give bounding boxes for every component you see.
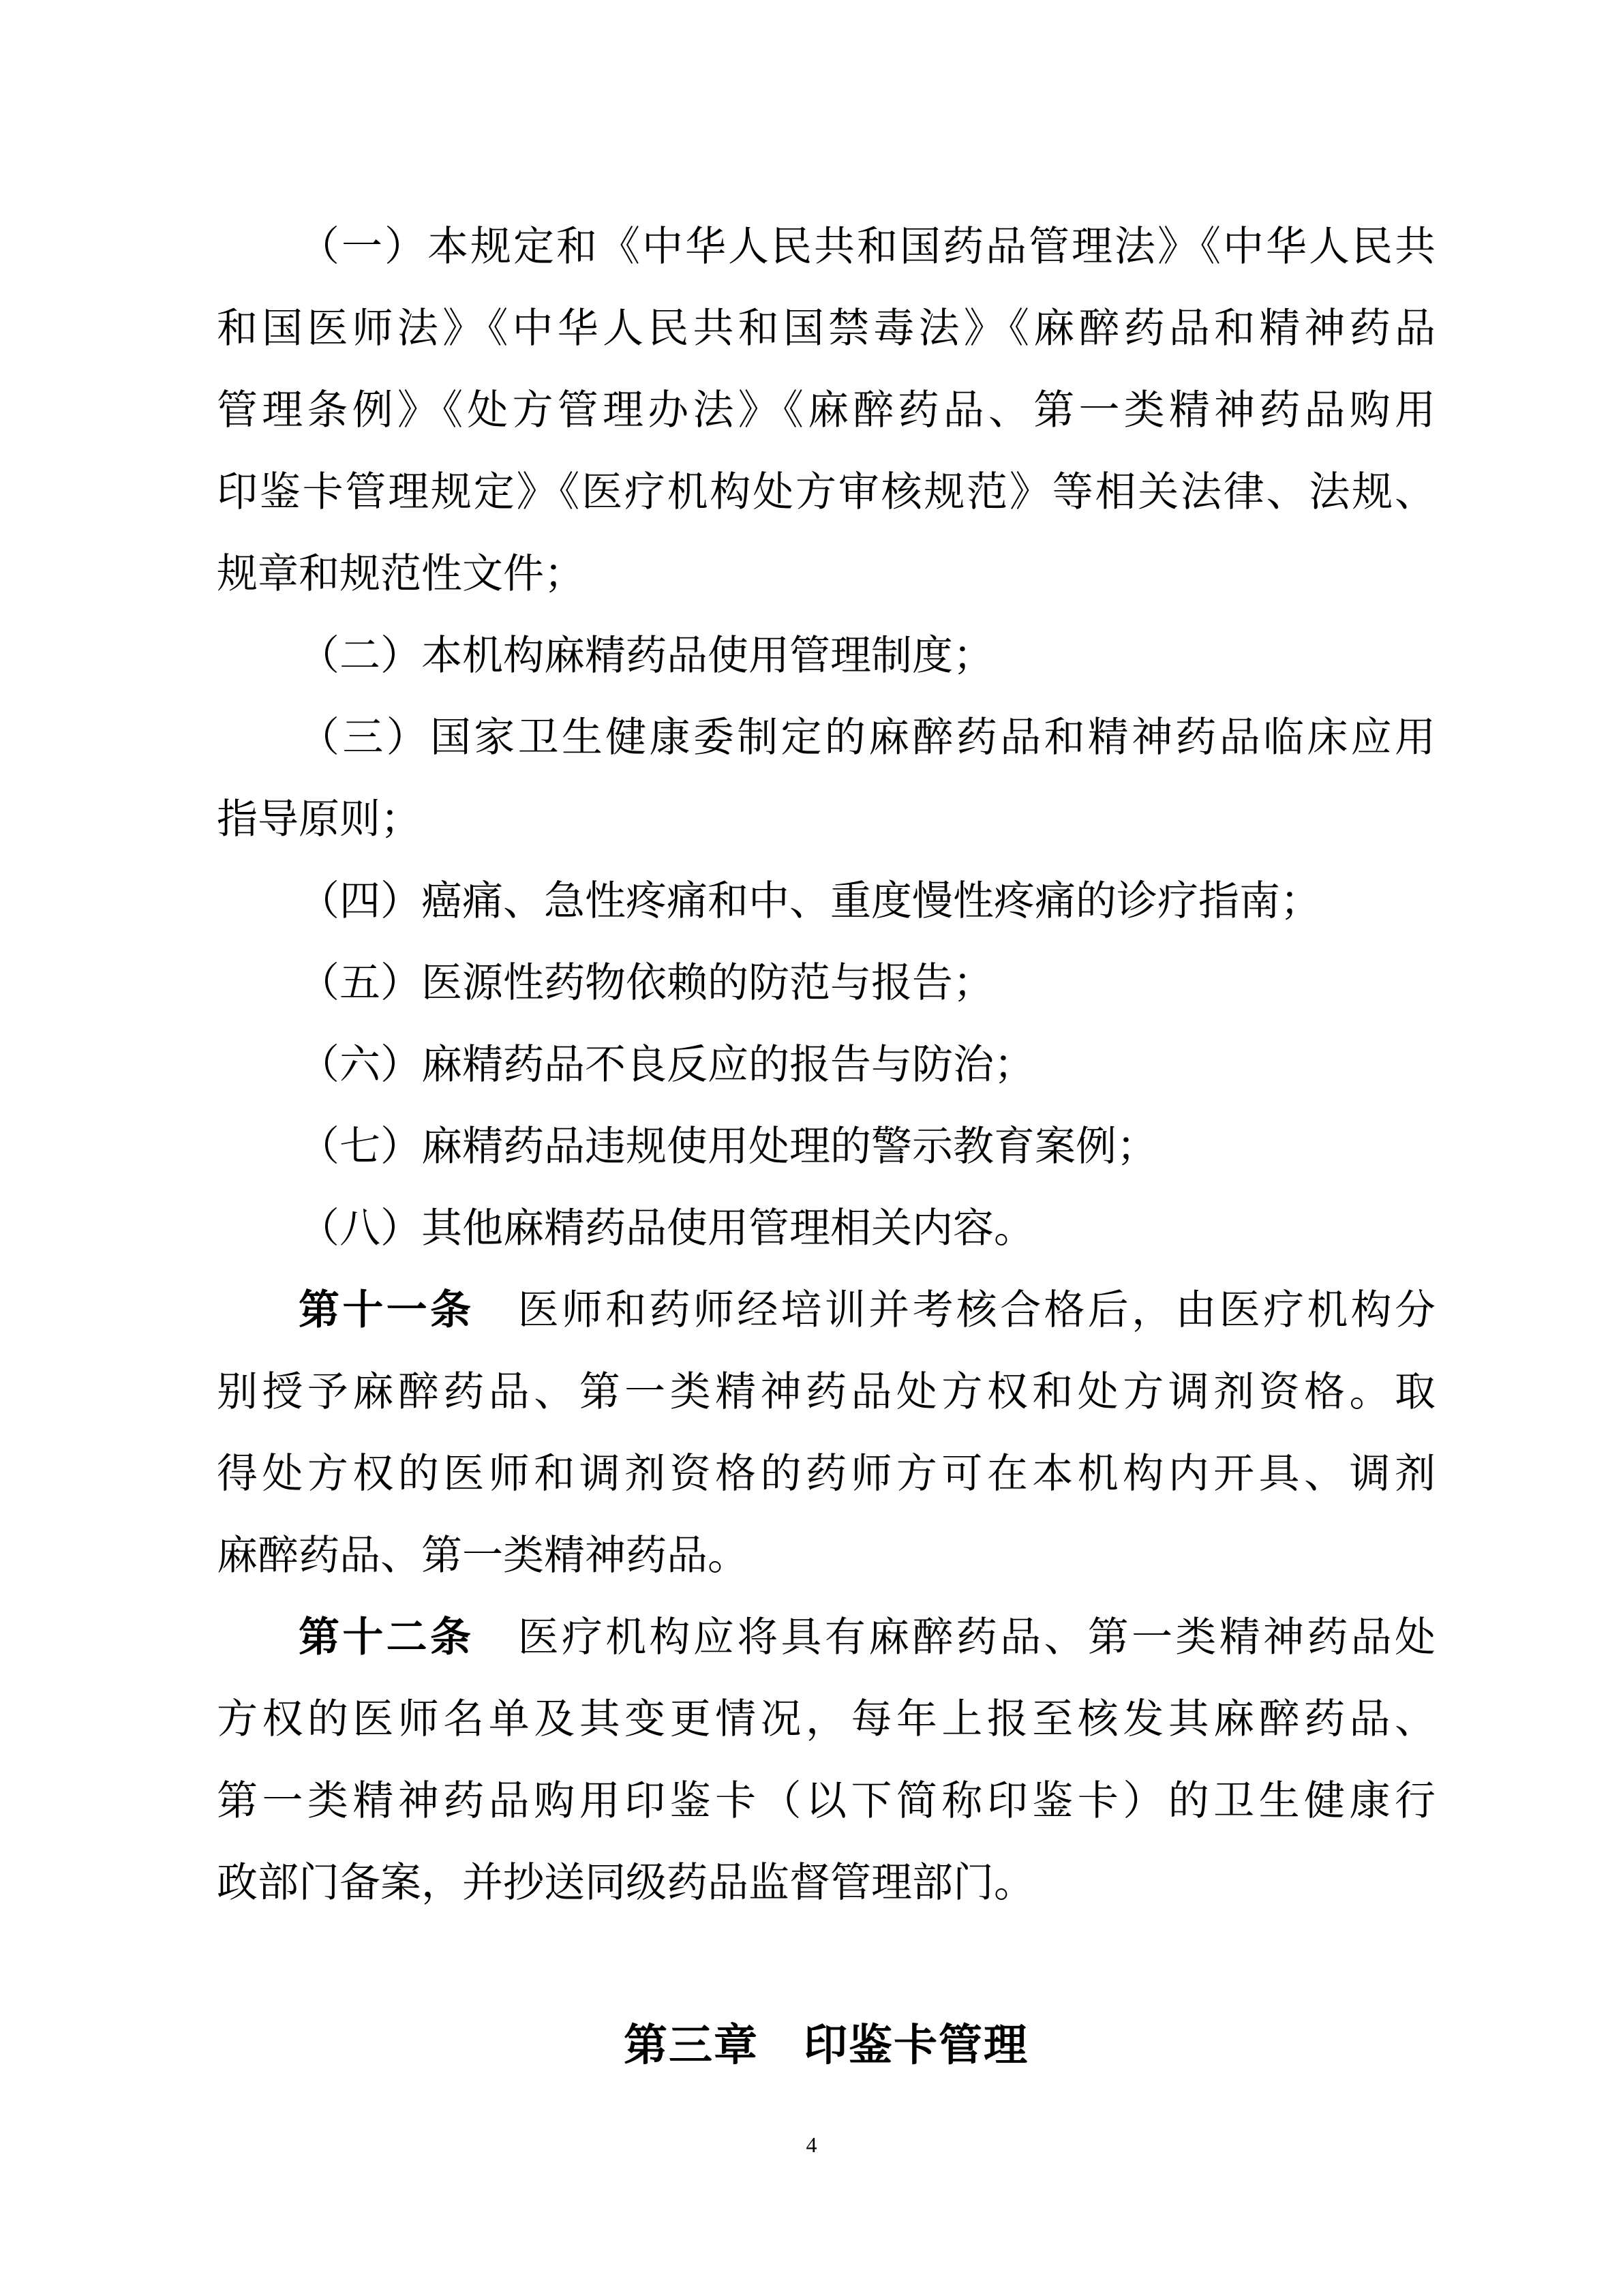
paragraph: （七）麻精药品违规使用处理的警示教育案例； (217, 1106, 1436, 1188)
paragraph: （二）本机构麻精药品使用管理制度； (217, 615, 1436, 697)
page-number: 4 (0, 2131, 1623, 2158)
paragraph: （三）国家卫生健康委制定的麻醉药品和精神药品临床应用指导原则； (217, 697, 1436, 860)
text-line: （二）本机构麻精药品使用管理制度； (217, 615, 1436, 697)
text-run: 别授予麻醉药品、第一类精神药品处方权和处方调剂资格。取 (217, 1370, 1436, 1415)
text-line: 别授予麻醉药品、第一类精神药品处方权和处方调剂资格。取 (217, 1351, 1436, 1433)
paragraph: （八）其他麻精药品使用管理相关内容。 (217, 1188, 1436, 1269)
text-run: 和国医师法》《中华人民共和国禁毒法》《麻醉药品和精神药品 (217, 306, 1436, 351)
text-line: （一）本规定和《中华人民共和国药品管理法》《中华人民共 (217, 206, 1436, 288)
text-line: 方权的医师名单及其变更情况，每年上报至核发其麻醉药品、 (217, 1678, 1436, 1760)
paragraph: 第十二条 医疗机构应将具有麻醉药品、第一类精神药品处方权的医师名单及其变更情况，… (217, 1597, 1436, 1924)
paragraph: （一）本规定和《中华人民共和国药品管理法》《中华人民共和国医师法》《中华人民共和… (217, 206, 1436, 615)
text-line: 第十一条 医师和药师经培训并考核合格后，由医疗机构分 (217, 1269, 1436, 1351)
text-line: （八）其他麻精药品使用管理相关内容。 (217, 1188, 1436, 1269)
text-line: 指导原则； (217, 779, 1436, 860)
text-run: （六）麻精药品不良反应的报告与防治； (299, 1042, 1035, 1087)
paragraph: （六）麻精药品不良反应的报告与防治； (217, 1024, 1436, 1106)
text-run: 规章和规范性文件； (217, 552, 585, 596)
text-line: 和国医师法》《中华人民共和国禁毒法》《麻醉药品和精神药品 (217, 288, 1436, 369)
text-run: 政部门备案，并抄送同级药品监督管理部门。 (217, 1860, 1035, 1905)
text-line: （六）麻精药品不良反应的报告与防治； (217, 1024, 1436, 1106)
text-line: 管理条例》《处方管理办法》《麻醉药品、第一类精神药品购用 (217, 369, 1436, 451)
text-line: 得处方权的医师和调剂资格的药师方可在本机构内开具、调剂 (217, 1433, 1436, 1515)
text-run: 管理条例》《处方管理办法》《麻醉药品、第一类精神药品购用 (217, 388, 1436, 433)
text-line: 麻醉药品、第一类精神药品。 (217, 1515, 1436, 1597)
text-line: 政部门备案，并抄送同级药品监督管理部门。 (217, 1842, 1436, 1924)
text-run: 印鉴卡管理规定》《医疗机构处方审核规范》等相关法律、法规、 (217, 470, 1436, 515)
text-run: 医师和药师经培训并考核合格后，由医疗机构分 (474, 1288, 1436, 1333)
text-run: （七）麻精药品违规使用处理的警示教育案例； (299, 1124, 1157, 1169)
paragraph: （四）癌痛、急性疼痛和中、重度慢性疼痛的诊疗指南； (217, 860, 1436, 942)
text-run: （八）其他麻精药品使用管理相关内容。 (299, 1206, 1035, 1251)
text-line: （四）癌痛、急性疼痛和中、重度慢性疼痛的诊疗指南； (217, 860, 1436, 942)
document-page: （一）本规定和《中华人民共和国药品管理法》《中华人民共和国医师法》《中华人民共和… (0, 0, 1623, 2296)
text-run: 指导原则； (217, 797, 421, 842)
text-line: 规章和规范性文件； (217, 533, 1436, 615)
text-line: 第一类精神药品购用印鉴卡（以下简称印鉴卡）的卫生健康行 (217, 1760, 1436, 1842)
text-line: 印鉴卡管理规定》《医疗机构处方审核规范》等相关法律、法规、 (217, 451, 1436, 533)
text-run: 方权的医师名单及其变更情况，每年上报至核发其麻醉药品、 (217, 1697, 1436, 1742)
text-run: 第一类精神药品购用印鉴卡（以下简称印鉴卡）的卫生健康行 (217, 1779, 1436, 1824)
text-run: （四）癌痛、急性疼痛和中、重度慢性疼痛的诊疗指南； (299, 879, 1321, 924)
text-line: 第十二条 医疗机构应将具有麻醉药品、第一类精神药品处 (217, 1597, 1436, 1678)
document-body: （一）本规定和《中华人民共和国药品管理法》《中华人民共和国医师法》《中华人民共和… (217, 206, 1436, 1924)
text-run: 得处方权的医师和调剂资格的药师方可在本机构内开具、调剂 (217, 1451, 1436, 1496)
text-line: （七）麻精药品违规使用处理的警示教育案例； (217, 1106, 1436, 1188)
text-line: （三）国家卫生健康委制定的麻醉药品和精神药品临床应用 (217, 697, 1436, 779)
chapter-heading: 第三章 印鉴卡管理 (217, 2004, 1436, 2086)
paragraph: （五）医源性药物依赖的防范与报告； (217, 942, 1436, 1024)
text-run: （一）本规定和《中华人民共和国药品管理法》《中华人民共 (299, 224, 1436, 269)
article-number: 第十一条 (299, 1287, 474, 1333)
text-run: 麻醉药品、第一类精神药品。 (217, 1533, 748, 1578)
text-run: （二）本机构麻精药品使用管理制度； (299, 633, 994, 678)
text-run: 医疗机构应将具有麻醉药品、第一类精神药品处 (474, 1615, 1436, 1660)
text-line: （五）医源性药物依赖的防范与报告； (217, 942, 1436, 1024)
text-run: （五）医源性药物依赖的防范与报告； (299, 961, 994, 1006)
text-run: （三）国家卫生健康委制定的麻醉药品和精神药品临床应用 (299, 715, 1436, 760)
article-number: 第十二条 (299, 1614, 474, 1660)
paragraph: 第十一条 医师和药师经培训并考核合格后，由医疗机构分别授予麻醉药品、第一类精神药… (217, 1269, 1436, 1597)
